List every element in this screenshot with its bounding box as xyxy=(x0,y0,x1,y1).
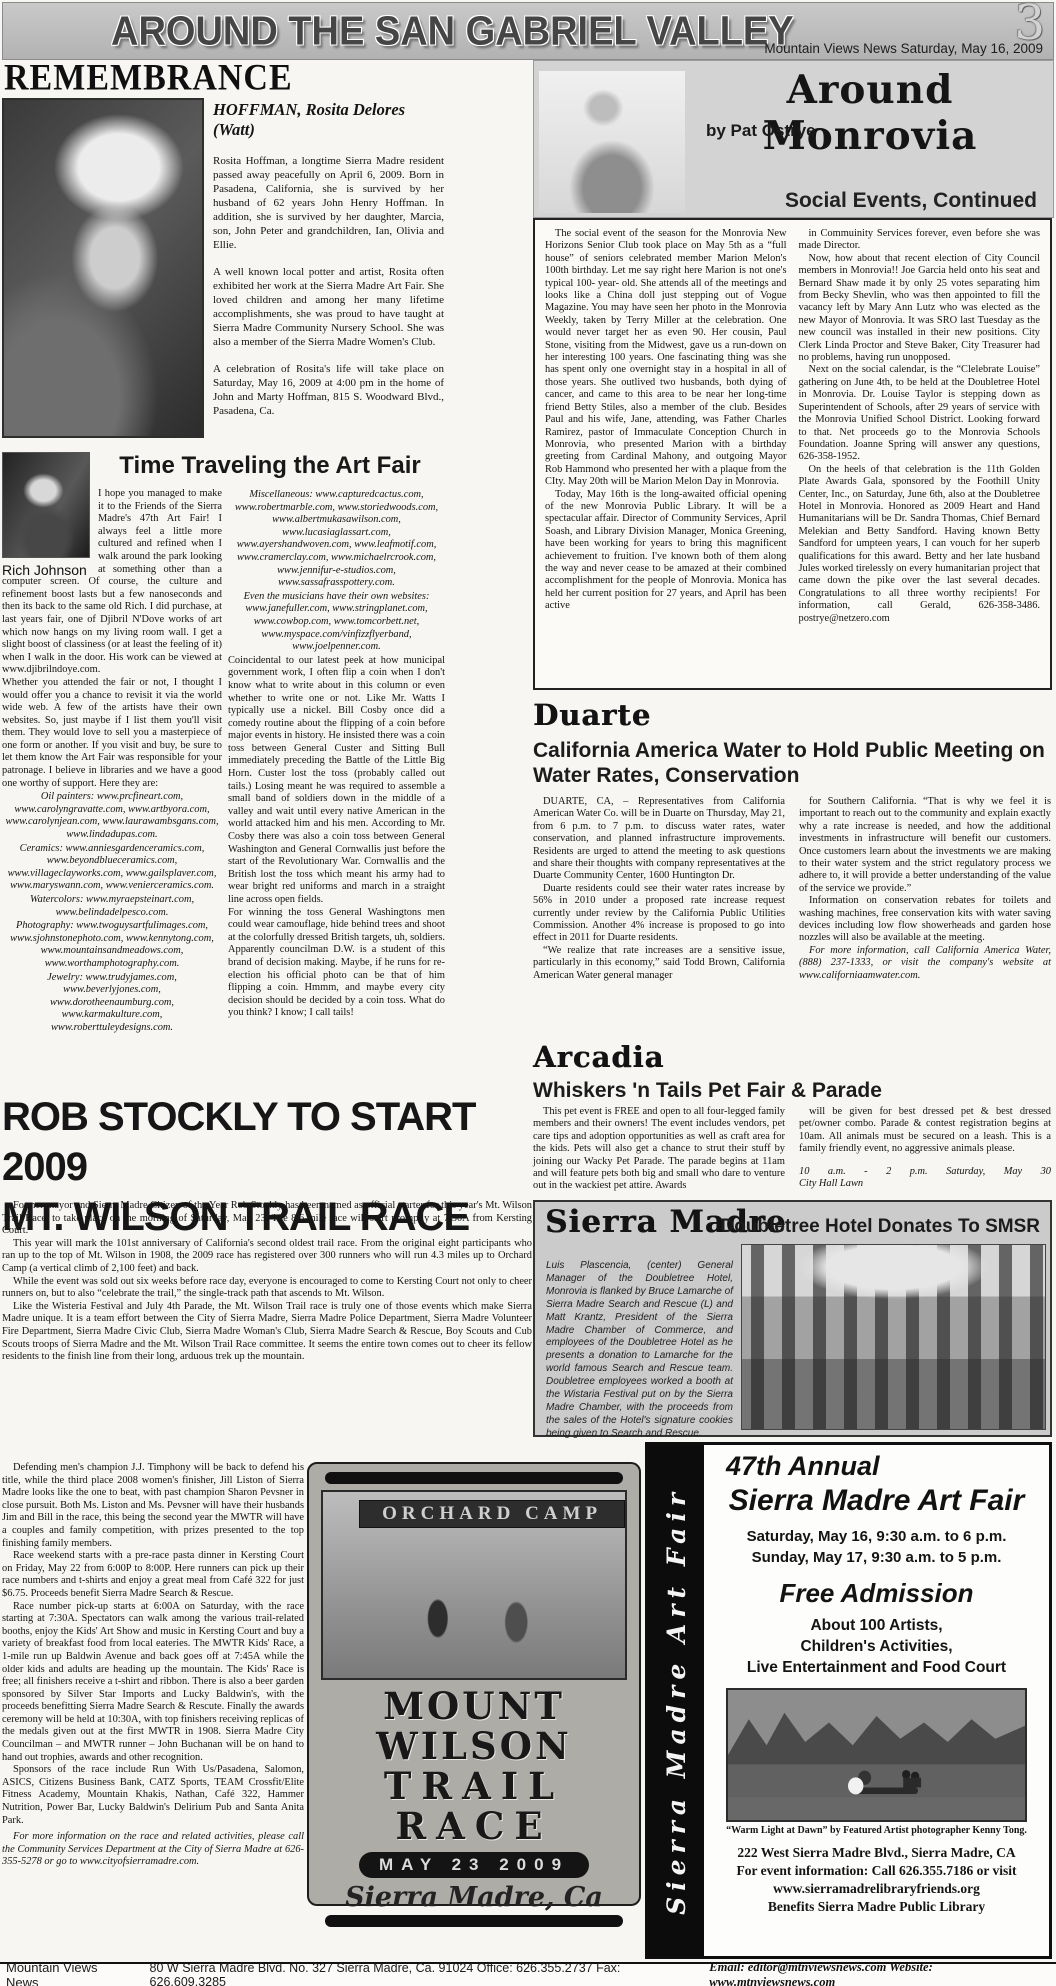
paragraph: Like the Wisteria Festival and July 4th … xyxy=(2,1301,532,1364)
smsr-photo-caption: Luis Plascencia, (center) General Manage… xyxy=(546,1260,733,1441)
poster-title-line: TRAIL RACE xyxy=(319,1766,629,1846)
social-events-column-1: The social event of the season for the M… xyxy=(545,228,787,680)
artist-website-list: Watercolors: www.myraepsteinart.com, www… xyxy=(2,894,222,919)
duarte-column-1: DUARTE, CA, – Representatives from Calif… xyxy=(533,796,785,1038)
ad-feature-line: About 100 Artists, xyxy=(712,1615,1041,1636)
ad-info-line: For event information: Call 626.355.7186… xyxy=(712,1862,1041,1880)
social-events-column-2: in Commuinity Services forever, even bef… xyxy=(799,228,1041,680)
rosita-hoffman-photo xyxy=(2,98,204,438)
paragraph: “We realize that rate increases are a se… xyxy=(533,945,785,982)
paragraph: Whether you attended the fair or not, I … xyxy=(2,677,222,790)
arcadia-city-heading: Arcadia xyxy=(533,1040,664,1074)
ad-date-line: Sunday, May 17, 9:30 a.m. to 5 p.m. xyxy=(712,1547,1041,1568)
obituary: HOFFMAN, Rosita Delores (Watt) Rosita Ho… xyxy=(213,100,444,442)
race-info-note: For more information on the race and rel… xyxy=(2,1827,304,1869)
poster-place: Sierra Madre, Ca xyxy=(319,1882,629,1913)
art-fair-vertical-script: Sierra Madre Art Fair xyxy=(662,1487,691,1915)
paragraph: Rosita Hoffman, a longtime Sierra Madre … xyxy=(213,154,444,252)
footer-bar: Mountain Views News 80 W Sierra Madre Bl… xyxy=(0,1962,1056,1986)
paragraph: The social event of the season for the M… xyxy=(545,228,787,489)
paragraph: On the heels of that celebration is the … xyxy=(799,464,1041,625)
art-fair-ad: Sierra Madre Art Fair 47th Annual Sierra… xyxy=(645,1442,1052,1959)
art-fair-ad-side-band: Sierra Madre Art Fair xyxy=(648,1445,704,1956)
ad-feature-line: Live Entertainment and Food Court xyxy=(712,1657,1041,1678)
duarte-city-heading: Duarte xyxy=(533,698,651,732)
ad-features: About 100 Artists, Children's Activities… xyxy=(712,1615,1041,1678)
poster-date-badge: MAY 23 2009 xyxy=(359,1852,589,1878)
paragraph: I hope you managed to make it to the Fri… xyxy=(2,488,222,677)
paragraph: This pet event is FREE and open to all f… xyxy=(533,1106,785,1193)
paragraph: Former mayor and Sierra Madre Citizen of… xyxy=(2,1200,532,1238)
artist-website-list: Ceramics: www.anniesgardenceramics.com, … xyxy=(2,843,222,893)
pat-ostrye-photo xyxy=(539,71,685,213)
event-location: City Hall Lawn xyxy=(799,1178,1051,1190)
duarte-column-2: for Southern California. “That is why we… xyxy=(799,796,1051,1038)
orchard-camp-sign: ORCHARD CAMP xyxy=(359,1500,625,1528)
social-events-box: The social event of the season for the M… xyxy=(533,218,1052,690)
paragraph: Duarte residents could see their water r… xyxy=(533,883,785,945)
free-admission-label: Free Admission xyxy=(712,1578,1041,1609)
artist-website-list: Photography: www.twoguysartfulimages.com… xyxy=(2,920,222,970)
arcadia-column-1: This pet event is FREE and open to all f… xyxy=(533,1106,785,1198)
obituary-title: HOFFMAN, Rosita Delores (Watt) xyxy=(213,100,444,140)
ad-date-line: Saturday, May 16, 9:30 a.m. to 6 p.m. xyxy=(712,1526,1041,1547)
smsr-donation-box: Sierra Madre Doubletree Hotel Donates To… xyxy=(533,1200,1052,1437)
smsr-headline: Doubletree Hotel Donates To SMSR xyxy=(720,1214,1040,1239)
page-title: AROUND THE SAN GABRIEL VALLEY xyxy=(111,9,794,55)
paragraph: A celebration of Rosita's life will take… xyxy=(213,362,444,418)
around-monrovia-title: Around Monrovia xyxy=(692,67,1048,159)
artist-website-list: Jewelry: www.trudyjames.com, www.beverly… xyxy=(2,972,222,1035)
paragraph: for Southern California. “That is why we… xyxy=(799,796,1051,895)
artist-website-list: Oil painters: www.prcfineart.com, www.ca… xyxy=(2,791,222,841)
around-monrovia-header: Around Monrovia by Pat Ostrye Social Eve… xyxy=(533,60,1054,218)
artist-website-list: Even the musicians have their own websit… xyxy=(228,591,445,654)
ad-title-line: 47th Annual xyxy=(726,1451,1041,1482)
art-fair-ad-content: 47th Annual Sierra Madre Art Fair Saturd… xyxy=(704,1445,1049,1956)
paragraph: Next on the social calendar, is the “Cle… xyxy=(799,364,1041,463)
around-monrovia-byline: by Pat Ostrye xyxy=(706,121,816,141)
ad-title-line: Sierra Madre Art Fair xyxy=(712,1484,1041,1518)
paragraph: For winning the toss General Washingtons… xyxy=(228,907,445,1020)
paragraph: Sponsors of the race include Run With Us… xyxy=(2,1764,304,1827)
masthead-date: Mountain Views News Saturday, May 16, 20… xyxy=(764,41,1043,56)
paragraph: Now, how about that recent election of C… xyxy=(799,253,1041,365)
social-events-subtitle: Social Events, Continued xyxy=(785,189,1037,213)
footer-paper-name: Mountain Views News xyxy=(6,1960,132,1986)
poster-title-line: MOUNT WILSON xyxy=(319,1686,629,1766)
paragraph: will be given for best dressed pet & bes… xyxy=(799,1106,1051,1156)
contact-note: For more information, call California Am… xyxy=(799,945,1051,982)
poster-bottom-bar xyxy=(325,1915,623,1927)
paragraph: This year will mark the 101st anniversar… xyxy=(2,1238,532,1276)
event-schedule: 10 a.m. - 2 p.m. Saturday, May 30 xyxy=(799,1166,1051,1178)
warm-light-at-dawn-photo xyxy=(726,1688,1027,1822)
arcadia-headline: Whiskers 'n Tails Pet Fair & Parade xyxy=(533,1078,1052,1103)
paragraph: Coincidental to our latest peek at how m… xyxy=(228,655,445,907)
time-traveling-column-1: I hope you managed to make it to the Fri… xyxy=(2,488,222,1094)
paragraph: Race number pick-up starts at 6:00A on S… xyxy=(2,1601,304,1765)
poster-top-bar xyxy=(325,1472,623,1484)
mt-wilson-trail-race-poster: ORCHARD CAMP MOUNT WILSON TRAIL RACE MAY… xyxy=(307,1462,641,1906)
doubletree-group-photo xyxy=(741,1244,1046,1430)
remembrance-section-title: REMEMBRANCE xyxy=(4,58,293,99)
newspaper-page: AROUND THE SAN GABRIEL VALLEY 3 Mountain… xyxy=(0,0,1056,1986)
paragraph: Defending men's champion J.J. Timphony w… xyxy=(2,1462,304,1550)
footer-address: 80 W Sierra Madre Blvd. No. 327 Sierra M… xyxy=(150,1961,692,1986)
ad-address-block: 222 West Sierra Madre Blvd., Sierra Madr… xyxy=(712,1844,1041,1916)
paragraph: Information on conservation rebates for … xyxy=(799,895,1051,945)
headline-line: ROB STOCKLY TO START 2009 xyxy=(2,1092,542,1192)
paragraph: Today, May 16th is the long-awaited offi… xyxy=(545,489,787,613)
ad-photo-caption: “Warm Light at Dawn” by Featured Artist … xyxy=(712,1825,1041,1836)
rob-stockly-article-top: Former mayor and Sierra Madre Citizen of… xyxy=(2,1200,532,1458)
paragraph: A well known local potter and artist, Ro… xyxy=(213,265,444,349)
arcadia-article: This pet event is FREE and open to all f… xyxy=(533,1106,1052,1198)
masthead-bar: AROUND THE SAN GABRIEL VALLEY 3 Mountain… xyxy=(2,2,1054,60)
ad-feature-line: Children's Activities, xyxy=(712,1636,1041,1657)
time-traveling-title: Time Traveling the Art Fair xyxy=(96,452,444,480)
landscape-photo-graphic xyxy=(728,1690,1025,1820)
artist-website-list: Miscellaneous: www.capturedcactus.com, w… xyxy=(228,489,445,590)
footer-contact: Email: editor@mtnviewsnews.com Website: … xyxy=(709,1960,1056,1986)
paragraph: DUARTE, CA, – Representatives from Calif… xyxy=(533,796,785,883)
ad-dates: Saturday, May 16, 9:30 a.m. to 6 p.m. Su… xyxy=(712,1526,1041,1568)
ad-website: www.sierramadrelibraryfriends.org xyxy=(712,1880,1041,1898)
rob-stockly-article-bottom: Defending men's champion J.J. Timphony w… xyxy=(2,1462,304,1962)
arcadia-column-2: will be given for best dressed pet & bes… xyxy=(799,1106,1051,1198)
orchard-camp-vintage-photo: ORCHARD CAMP xyxy=(321,1490,627,1680)
ad-address-line: 222 West Sierra Madre Blvd., Sierra Madr… xyxy=(712,1844,1041,1862)
ad-benefit-line: Benefits Sierra Madre Public Library xyxy=(712,1898,1041,1916)
duarte-headline: California America Water to Hold Public … xyxy=(533,738,1052,788)
duarte-article: DUARTE, CA, – Representatives from Calif… xyxy=(533,796,1052,1038)
paragraph: in Commuinity Services forever, even bef… xyxy=(799,228,1041,253)
time-traveling-column-2: Miscellaneous: www.capturedcactus.com, w… xyxy=(228,488,445,1088)
paragraph: Race weekend starts with a pre-race past… xyxy=(2,1550,304,1600)
paragraph: While the event was sold out six weeks b… xyxy=(2,1276,532,1301)
